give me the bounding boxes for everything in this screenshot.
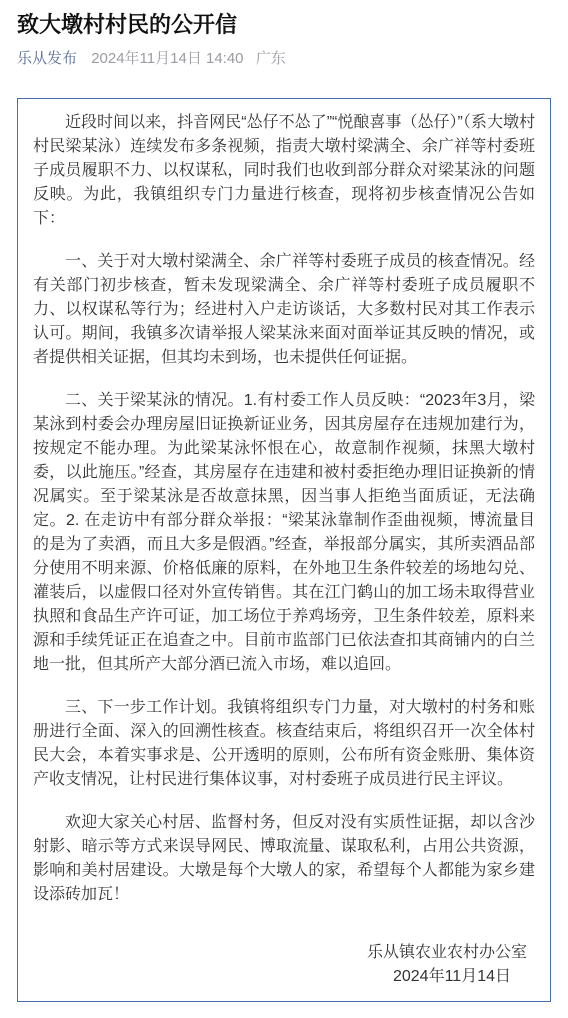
publish-location: 广东 [256, 50, 286, 67]
publish-datetime: 2024年11月14日 14:40 [91, 50, 243, 67]
signature-office: 乐从镇农业农村办公室 [33, 941, 535, 965]
letter-paragraph-section-1: 一、关于对大墩村梁满全、余广祥等村委班子成员的核查情况。经有关部门初步核查，暂未… [33, 250, 535, 370]
page-title: 致大墩村村民的公开信 [17, 10, 551, 40]
letter-paragraph-intro: 近段时间以来，抖音网民“怂仔不怂了”“悦酿喜事（怂仔）”（系大墩村村民梁某泳）连… [33, 111, 535, 231]
letter-paragraph-section-3: 三、下一步工作计划。我镇将组织专门力量，对大墩村的村务和账册进行全面、深入的回溯… [33, 696, 535, 792]
letter-paragraph-closing: 欢迎大家关心村居、监督村务，但反对没有实质性证据，却以含沙射影、暗示等方式来误导… [33, 811, 535, 907]
account-name-link[interactable]: 乐从发布 [17, 50, 77, 67]
signature-date: 2024年11月14日 [33, 965, 535, 989]
signature-block: 乐从镇农业农村办公室 2024年11月14日 [33, 941, 535, 989]
byline: 乐从发布 2024年11月14日 14:40 广东 [17, 49, 551, 69]
letter-paragraph-section-2: 二、关于梁某泳的情况。1.有村委工作人员反映：“2023年3月，梁某泳到村委会办… [33, 389, 535, 677]
letter-box: 近段时间以来，抖音网民“怂仔不怂了”“悦酿喜事（怂仔）”（系大墩村村民梁某泳）连… [17, 98, 551, 1002]
